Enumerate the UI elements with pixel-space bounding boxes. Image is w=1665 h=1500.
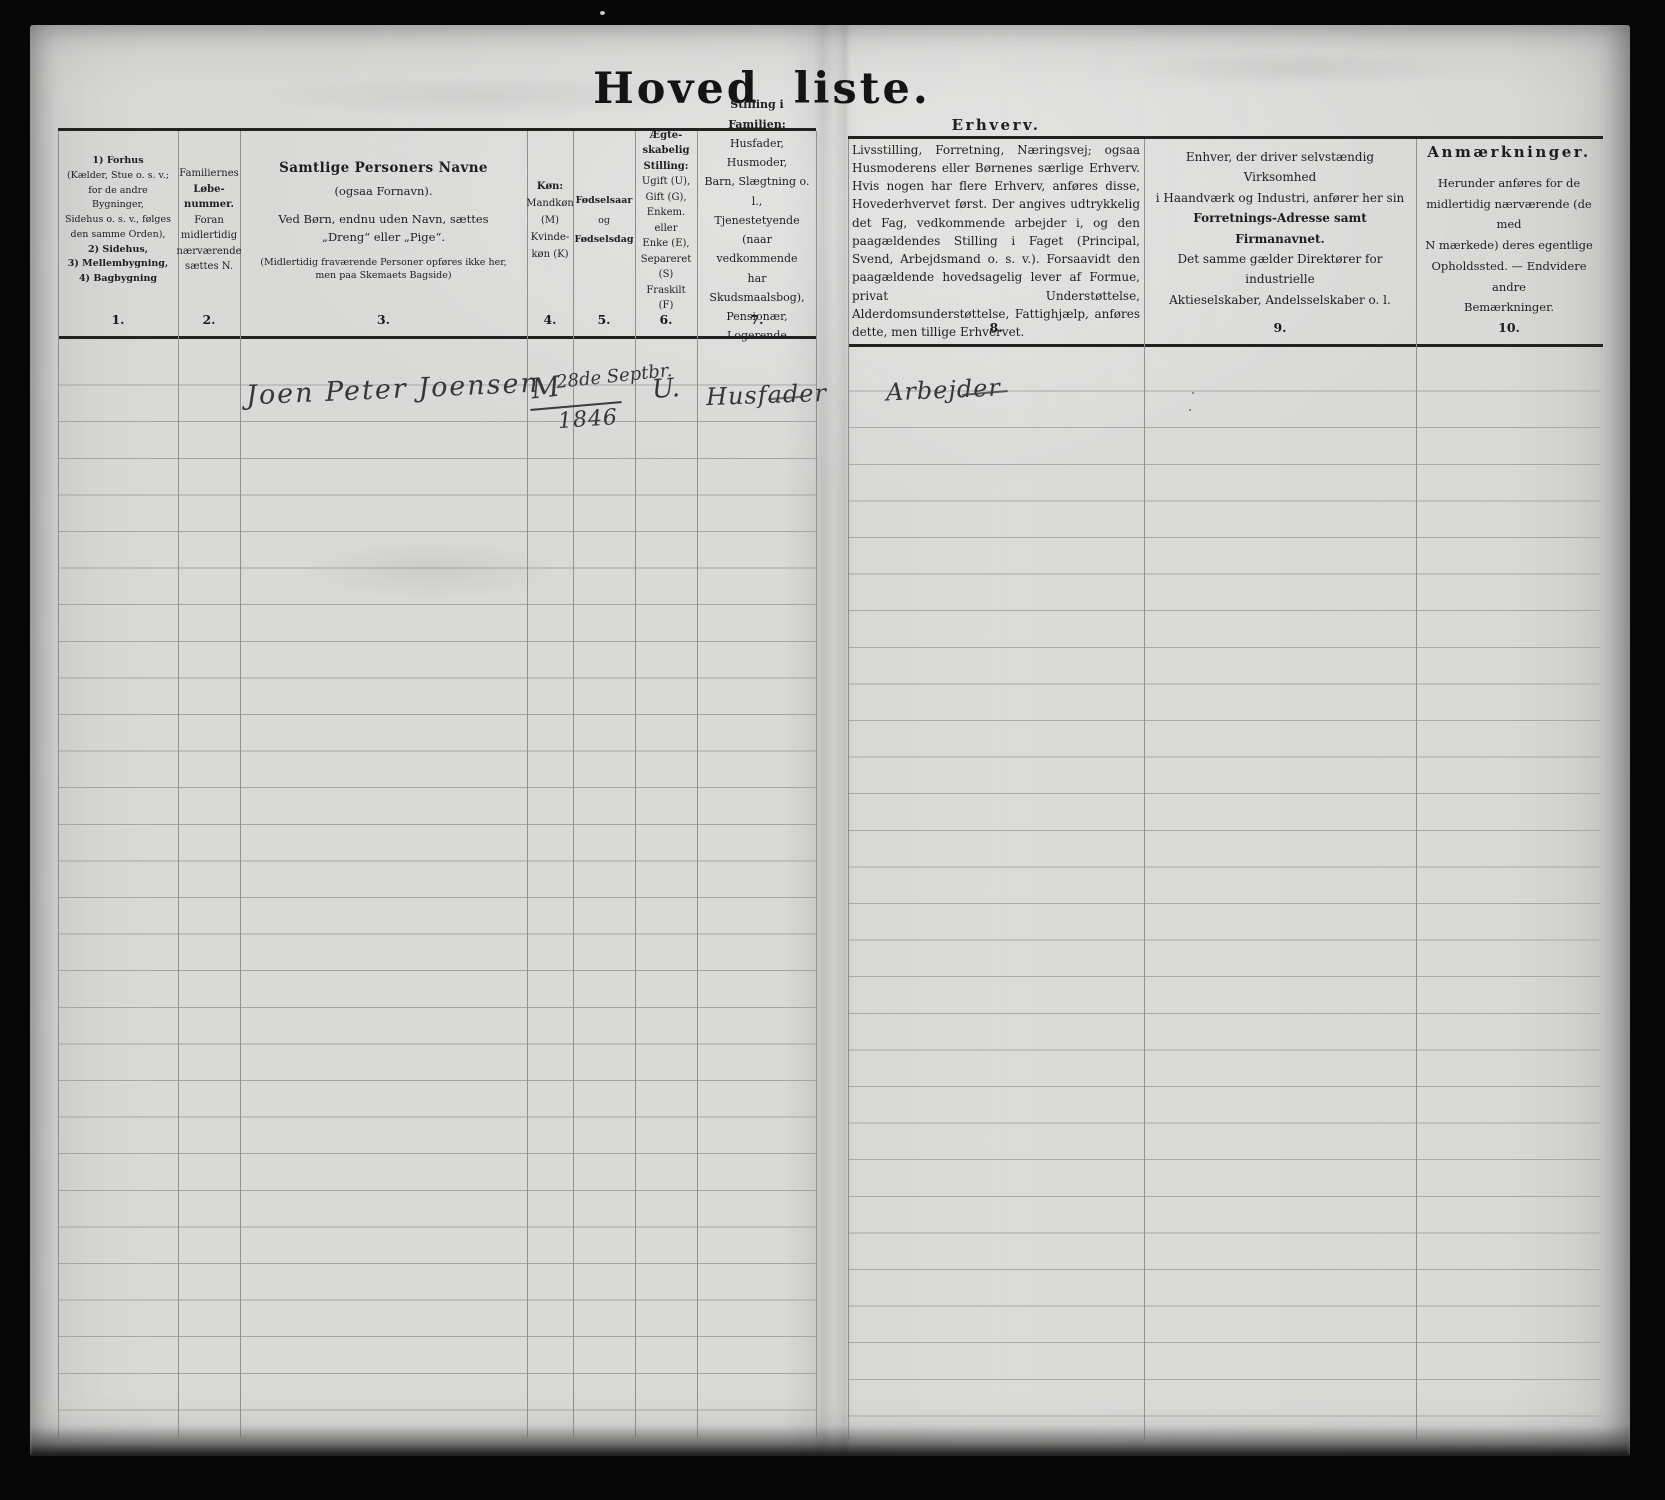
header-line: men paa Skemaets Bagside) bbox=[315, 269, 451, 283]
header-line: Løbe- bbox=[193, 182, 224, 198]
column-header-9: Enhver, der driver selvstændig Virksomhe… bbox=[1145, 142, 1415, 315]
entry-occupation: Arbejder bbox=[885, 374, 1001, 407]
column-number-1: 1. bbox=[59, 312, 177, 327]
header-line: Aktieselskaber, Andelsselskaber o. l. bbox=[1169, 290, 1391, 310]
header-line: Tjenestetyende bbox=[714, 211, 799, 230]
scanned-census-page: Hoved liste. 1) Forhus(Kælder, Stue o. s… bbox=[0, 0, 1665, 1500]
header-line: midlertidig bbox=[181, 228, 237, 244]
column-title: Erhverv. bbox=[952, 116, 1041, 134]
header-line: 4) Bagbygning bbox=[79, 272, 157, 287]
column-number-7: 7. bbox=[698, 312, 816, 327]
column-header-3: Samtlige Personers Navne(ogsaa Fornavn).… bbox=[241, 134, 526, 307]
column-divider bbox=[816, 131, 817, 1437]
header-line: (M) bbox=[541, 212, 559, 229]
header-line: Det samme gælder Direktører for industri… bbox=[1148, 249, 1412, 290]
header-line: Familiernes bbox=[179, 166, 239, 182]
column-header-5: FødselsaarogFødselsdag bbox=[574, 134, 634, 307]
header-line: for de andre Bygninger, bbox=[62, 184, 174, 213]
header-line: Stilling i Familien: bbox=[701, 95, 813, 134]
header-line: sættes N. bbox=[185, 259, 233, 275]
header-line: skabelig bbox=[643, 143, 690, 159]
header-line: Køn: bbox=[537, 178, 563, 195]
page-fold-shadow bbox=[813, 25, 851, 1453]
header-line: Enhver, der driver selvstændig Virksomhe… bbox=[1148, 147, 1412, 188]
header-line: N mærkede) deres egentlige bbox=[1425, 235, 1593, 256]
header-line: nærværende bbox=[176, 244, 241, 260]
header-line: Kvinde- bbox=[531, 229, 569, 246]
header-line: Husfader, Husmoder, bbox=[701, 134, 813, 173]
column-header-7: Stilling i Familien:Husfader, Husmoder,B… bbox=[698, 134, 816, 307]
header-bottom-rule-right bbox=[848, 344, 1603, 347]
header-line: Enkem. eller bbox=[639, 205, 693, 236]
header-line: Foran bbox=[194, 213, 224, 229]
column-header-10: Anmærkninger.Herunder anføres for demidl… bbox=[1417, 142, 1601, 315]
header-line: Fødselsdag bbox=[575, 230, 634, 250]
header-line: Ved Børn, endnu uden Navn, sættes bbox=[278, 210, 488, 228]
paper-bottom-edge bbox=[30, 1426, 1630, 1458]
header-line: (naar vedkommende bbox=[701, 230, 813, 269]
column-header-6: Ægte-skabeligStilling:Ugift (U),Gift (G)… bbox=[636, 134, 696, 307]
header-line: Ægte- bbox=[650, 128, 682, 144]
entry-marital-status: U. bbox=[651, 373, 681, 405]
header-line: Mandkøn bbox=[526, 195, 574, 212]
column-number-10: 10. bbox=[1417, 320, 1601, 335]
column-header-8: Erhverv.Livsstilling, Forretning, Næring… bbox=[849, 142, 1143, 315]
entry-family-position: Husfader bbox=[706, 379, 828, 411]
header-line: Separeret bbox=[641, 252, 692, 268]
column-number-4: 4. bbox=[528, 312, 572, 327]
column-number-8: 8. bbox=[849, 320, 1143, 335]
header-line: (S) bbox=[659, 267, 674, 283]
header-line: Opholdssted. — Endvidere andre bbox=[1420, 256, 1598, 297]
header-line: og bbox=[598, 211, 610, 231]
column-number-2: 2. bbox=[179, 312, 239, 327]
entry-birth-year: 1846 bbox=[557, 405, 619, 434]
column-number-9: 9. bbox=[1145, 320, 1415, 335]
header-line: i Haandværk og Industri, anfører her sin bbox=[1156, 188, 1405, 208]
column-title: Anmærkninger. bbox=[1427, 139, 1590, 166]
header-line: „Dreng“ eller „Pige“. bbox=[322, 228, 445, 246]
header-line: køn (K) bbox=[532, 246, 569, 263]
header-line: Herunder anføres for de bbox=[1438, 173, 1580, 194]
column-description: Livsstilling, Forretning, Næringsvej; og… bbox=[852, 141, 1140, 342]
header-line: Enke (E), bbox=[642, 236, 689, 252]
pencil-mark bbox=[1192, 392, 1194, 394]
header-line: midlertidig nærværende (de med bbox=[1420, 194, 1598, 235]
column-number-3: 3. bbox=[241, 312, 526, 327]
column-number-5: 5. bbox=[574, 312, 634, 327]
header-line: Bemærkninger. bbox=[1464, 297, 1554, 318]
header-line: Barn, Slægtning o. l., bbox=[701, 172, 813, 211]
header-line: 3) Mellembygning, bbox=[68, 257, 168, 272]
header-line: Forretnings-Adresse samt Firmanavnet. bbox=[1148, 208, 1412, 249]
header-line: Ugift (U), bbox=[642, 174, 690, 190]
header-line: nummer. bbox=[184, 197, 234, 213]
table-row-lines-left bbox=[59, 349, 816, 1438]
column-header-4: Køn:Mandkøn(M)Kvinde-køn (K) bbox=[528, 134, 572, 307]
header-line: Fødselsaar bbox=[576, 191, 633, 211]
header-line: Gift (G), bbox=[645, 190, 686, 206]
header-line: Stilling: bbox=[644, 159, 689, 175]
header-line: Sidehus o. s. v., følges bbox=[65, 213, 171, 228]
header-line: (ogsaa Fornavn). bbox=[334, 182, 432, 200]
header-line: 1) Forhus bbox=[92, 154, 143, 169]
header-line: Samtlige Personers Navne bbox=[279, 158, 488, 180]
table-row-lines-right bbox=[849, 355, 1600, 1441]
column-header-2: FamiliernesLøbe-nummer.Foranmidlertidign… bbox=[179, 134, 239, 307]
pencil-mark bbox=[1189, 409, 1191, 411]
header-line: Fraskilt (F) bbox=[639, 283, 693, 314]
column-number-6: 6. bbox=[636, 312, 696, 327]
scan-speck bbox=[600, 11, 605, 15]
column-header-1: 1) Forhus(Kælder, Stue o. s. v.;for de a… bbox=[59, 134, 177, 307]
header-line: den samme Orden), bbox=[71, 228, 166, 243]
header-line: (Midlertidig fraværende Personer opføres… bbox=[260, 256, 506, 270]
header-line: (Kælder, Stue o. s. v.; bbox=[67, 169, 169, 184]
header-line: 2) Sidehus, bbox=[88, 243, 148, 258]
header-line: har Skudsmaalsbog), bbox=[701, 269, 813, 308]
